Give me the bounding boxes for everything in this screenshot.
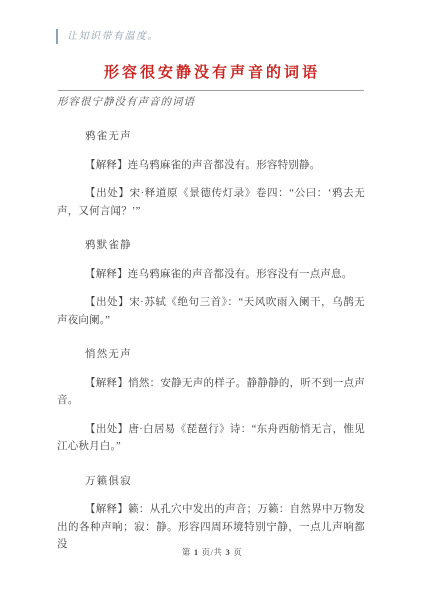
entry-block: 鸦雀无声 【解释】连乌鸦麻雀的声音都没有。形容特别静。 【出处】宋·释道原《景德… (57, 128, 365, 220)
entry-explanation: 【解释】连乌鸦麻雀的声音都没有。形容没有一点声息。 (57, 266, 365, 284)
entry-term: 鸦雀无声 (57, 128, 365, 146)
doc-body: 形容很宁静没有声音的词语 鸦雀无声 【解释】连乌鸦麻雀的声音都没有。形容特别静。… (57, 94, 365, 554)
document-page: 让知识带有温度。 形容很安静没有声音的词语 形容很宁静没有声音的词语 鸦雀无声 … (0, 0, 424, 600)
entry-block: 万籁俱寂 【解释】籁：从孔穴中发出的声音；万籁：自然界中万物发出的各种声响；寂：… (57, 473, 365, 554)
entry-term: 鸦默雀静 (57, 237, 365, 255)
brand-tagline: 让知识带有温度。 (56, 29, 159, 44)
entry-term: 悄然无声 (57, 346, 365, 364)
page-footer: 第1页/共3页 (0, 546, 424, 558)
footer-middle: 页/共 (202, 547, 223, 557)
doc-subtitle: 形容很宁静没有声音的词语 (57, 94, 365, 111)
entry-explanation: 【解释】连乌鸦麻雀的声音都没有。形容特别静。 (57, 157, 365, 175)
title-divider (58, 90, 364, 91)
entry-term: 万籁俱寂 (57, 473, 365, 491)
footer-suffix: 页 (233, 547, 242, 557)
doc-title: 形容很安静没有声音的词语 (0, 61, 424, 82)
footer-prefix: 第 (182, 547, 191, 557)
entry-block: 鸦默雀静 【解释】连乌鸦麻雀的声音都没有。形容没有一点声息。 【出处】宋·苏轼《… (57, 237, 365, 329)
entry-source: 【出处】宋·苏轼《绝句三首》：“天风吹雨入阑干，乌鹊无声夜向阑。” (57, 294, 365, 329)
entry-source: 【出处】宋·释道原《景德传灯录》卷四：“公曰：‘鸦去无声，又何言闻？’” (57, 185, 365, 220)
entry-explanation: 【解释】悄然：安静无声的样子。静静静的，听不到一点声音。 (57, 375, 365, 410)
entry-block: 悄然无声 【解释】悄然：安静无声的样子。静静静的，听不到一点声音。 【出处】唐·… (57, 346, 365, 456)
footer-total-pages: 3 (225, 547, 230, 557)
entry-source: 【出处】唐·白居易《琵琶行》诗：“东舟西舫悄无言，惟见江心秋月白。” (57, 421, 365, 456)
footer-page-number: 1 (194, 547, 199, 557)
